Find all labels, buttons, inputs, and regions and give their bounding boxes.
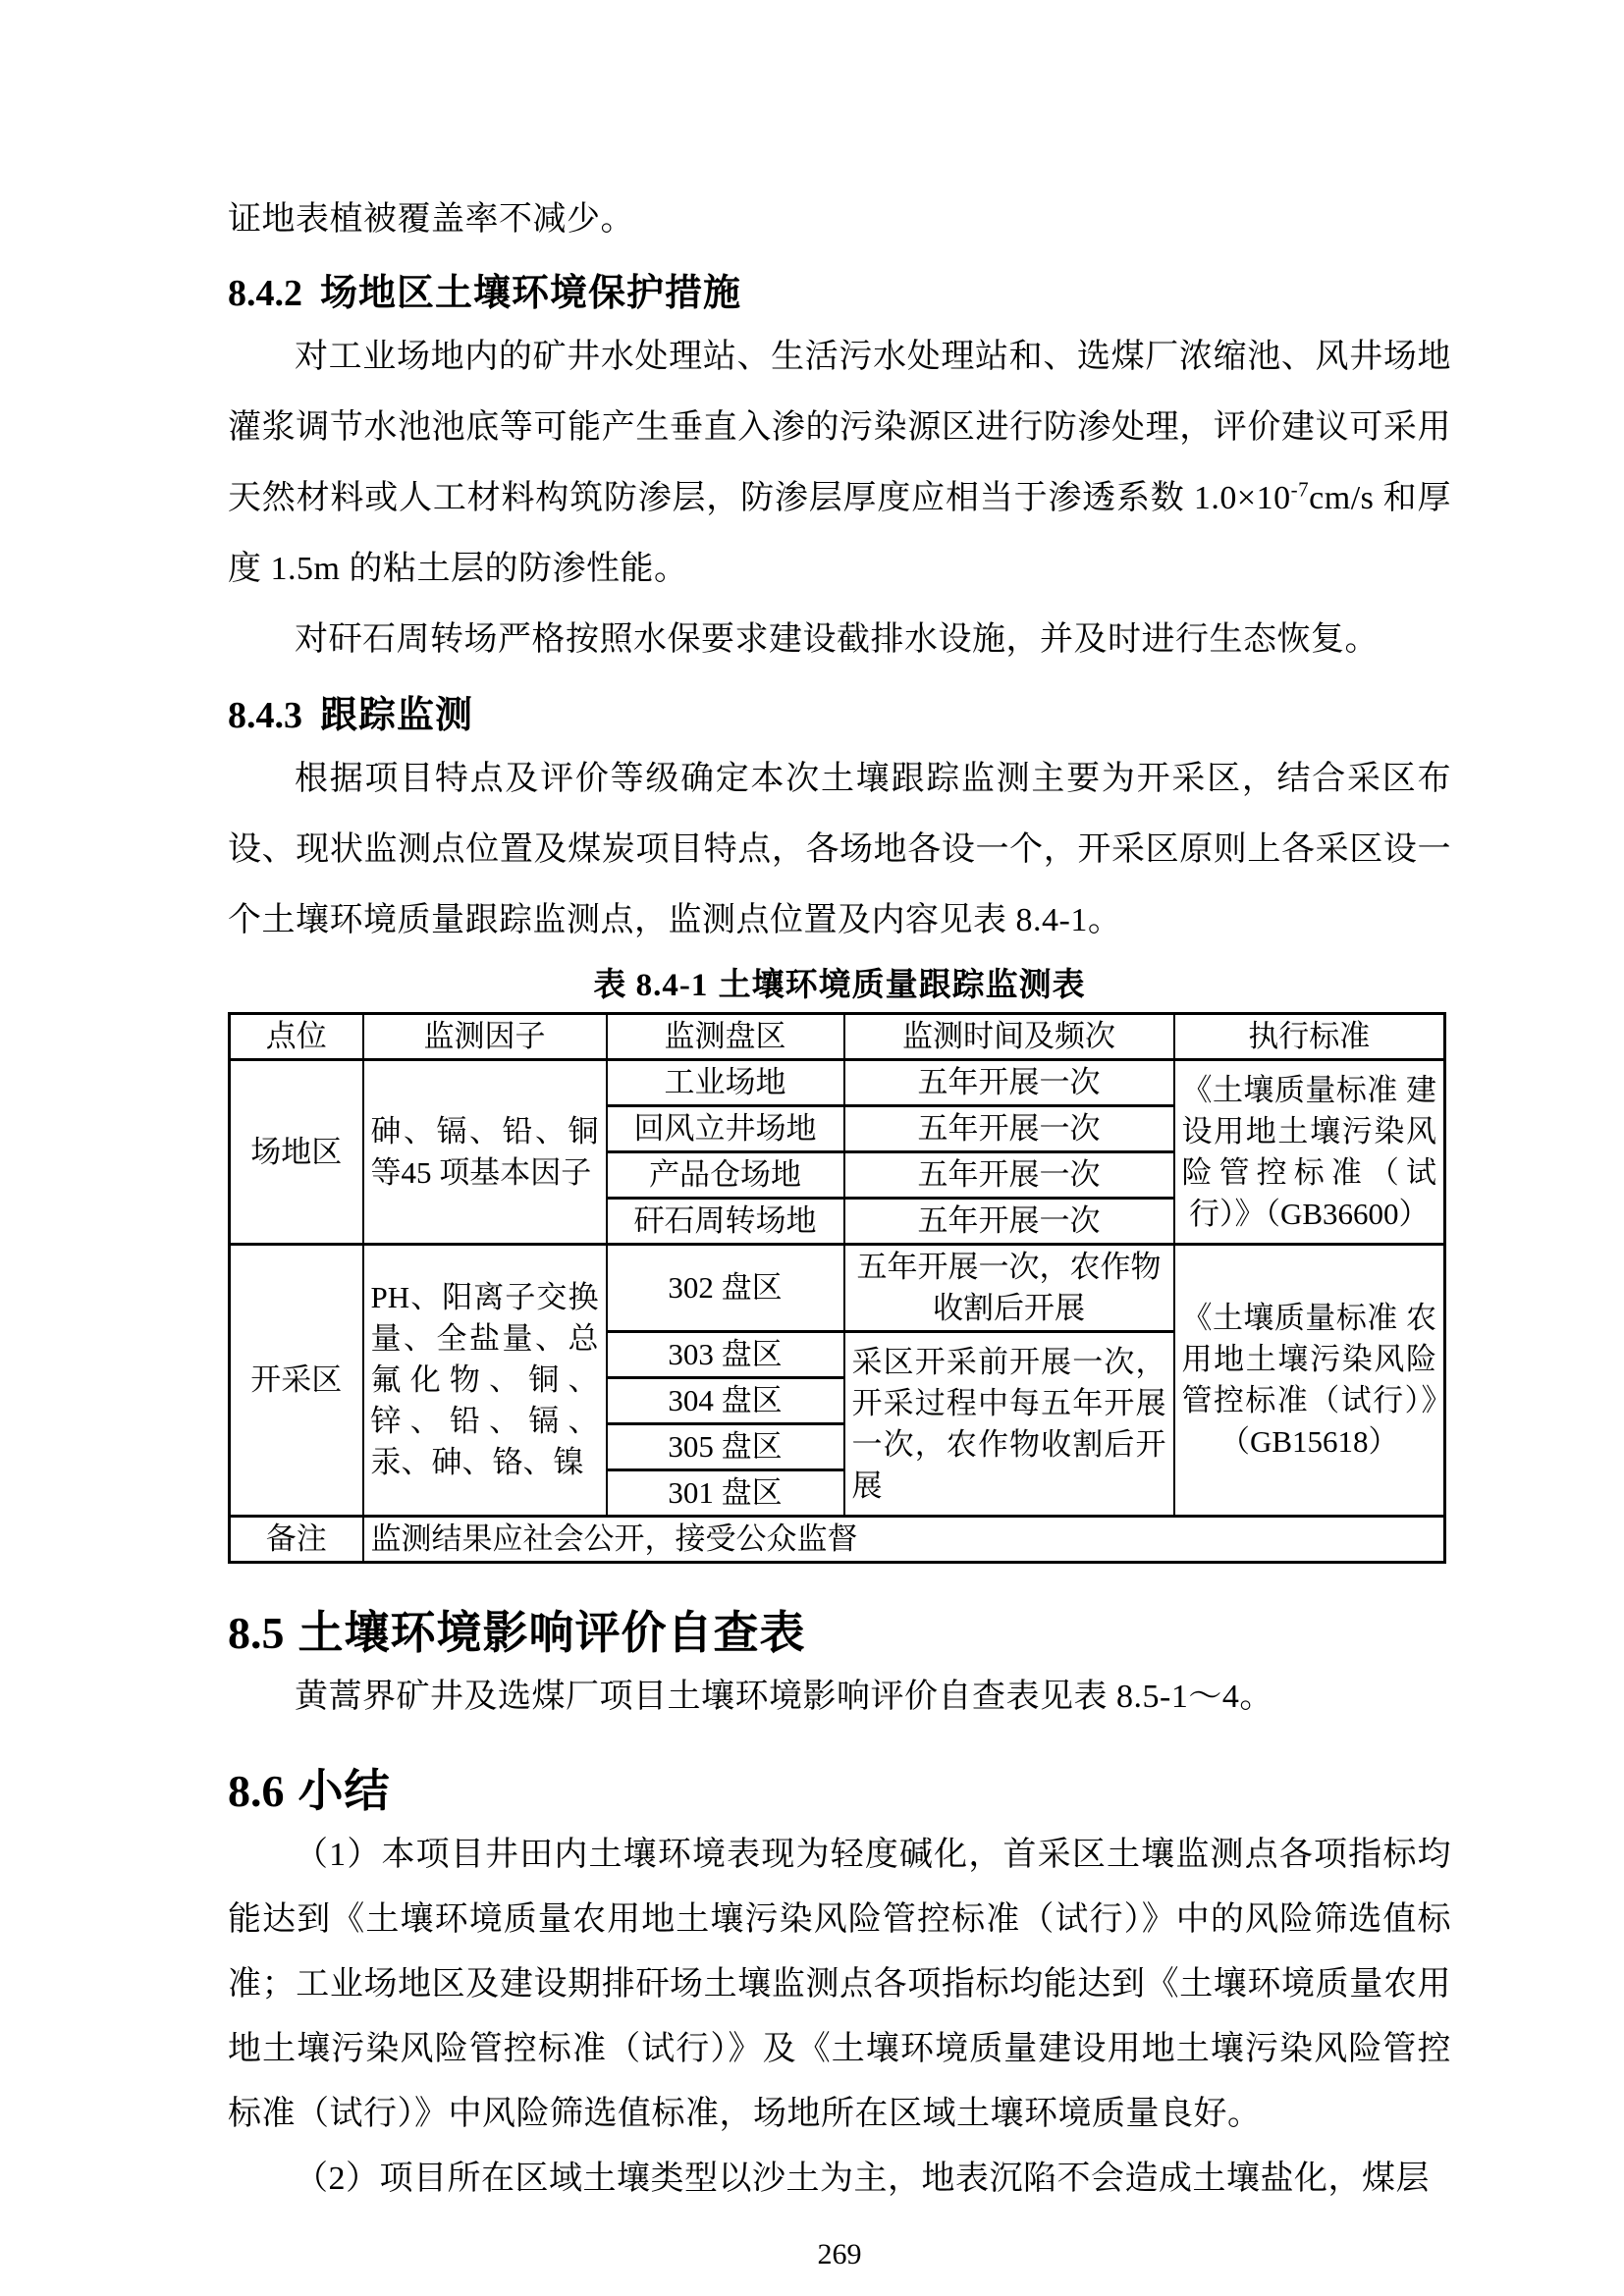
paragraph-text: 对工业场地内的矿井水处理站、生活污水处理站和、选煤厂浓缩池、风井场地灌浆调节水池… xyxy=(228,339,1451,516)
cell-area: 302 盘区 xyxy=(607,1245,844,1332)
table-header-row: 点位 监测因子 监测盘区 监测时间及频次 执行标准 xyxy=(230,1014,1445,1060)
heading-8-4-3: 8.4.3跟踪监测 xyxy=(228,687,1451,744)
intro-paragraph: 证地表植被覆盖率不减少。 xyxy=(228,185,1451,255)
page-number: 269 xyxy=(228,2233,1451,2276)
cell-area: 产品仓场地 xyxy=(607,1152,844,1199)
table-caption: 表 8.4-1 土壤环境质量跟踪监测表 xyxy=(228,962,1451,1008)
cell-area: 矸石周转场地 xyxy=(607,1199,844,1245)
cell-area: 303 盘区 xyxy=(607,1332,844,1378)
paragraph-summary-2: （2）项目所在区域土壤类型以沙土为主，地表沉陷不会造成土壤盐化，煤层 xyxy=(228,2147,1451,2212)
cell-frequency: 五年开展一次，农作物收割后开展 xyxy=(844,1245,1174,1332)
header-cell-location: 点位 xyxy=(230,1014,363,1060)
section-number: 8.4.2 xyxy=(228,273,302,314)
section-title: 土壤环境影响评价自查表 xyxy=(298,1607,806,1658)
header-cell-standard: 执行标准 xyxy=(1174,1014,1445,1060)
cell-standard-site: 《土壤质量标准 建设用地土壤污染风险管控标准（试行）》（GB36600） xyxy=(1174,1060,1445,1245)
table-caption-title: 土壤环境质量跟踪监测表 xyxy=(719,966,1086,1002)
cell-frequency: 五年开展一次 xyxy=(844,1060,1174,1106)
heading-8-5: 8.5土壤环境影响评价自查表 xyxy=(228,1601,1451,1665)
paragraph-seepage-control: 对工业场地内的矿井水处理站、生活污水处理站和、选煤厂浓缩池、风井场地灌浆调节水池… xyxy=(228,322,1451,605)
section-title: 小结 xyxy=(298,1765,391,1816)
table-caption-number: 表 8.4-1 xyxy=(593,968,708,1003)
cell-frequency: 五年开展一次 xyxy=(844,1106,1174,1152)
paragraph-tracking-monitor: 根据项目特点及评价等级确定本次土壤跟踪监测主要为开采区，结合采区布设、现状监测点… xyxy=(228,744,1451,956)
section-number: 8.5 xyxy=(228,1608,285,1658)
cell-factors-mining: PH、阳离子交换量、全盐量、总氟化物、铜、锌、铅、镉、汞、砷、铬、镍 xyxy=(363,1245,607,1517)
header-cell-factors: 监测因子 xyxy=(363,1014,607,1060)
cell-area: 305 盘区 xyxy=(607,1424,844,1470)
soil-monitoring-table: 点位 监测因子 监测盘区 监测时间及频次 执行标准 场地区 砷、镉、铅、铜等45… xyxy=(228,1012,1446,1564)
table-row: 开采区 PH、阳离子交换量、全盐量、总氟化物、铜、锌、铅、镉、汞、砷、铬、镍 3… xyxy=(230,1245,1445,1332)
cell-factors-site: 砷、镉、铅、铜等45 项基本因子 xyxy=(363,1060,607,1245)
cell-location-mining: 开采区 xyxy=(230,1245,363,1517)
cell-location-site: 场地区 xyxy=(230,1060,363,1245)
header-cell-frequency: 监测时间及频次 xyxy=(844,1014,1174,1060)
superscript-exponent: -7 xyxy=(1291,478,1310,502)
cell-note-content: 监测结果应社会公开，接受公众监督 xyxy=(363,1517,1445,1563)
heading-8-4-2: 8.4.2场地区土壤环境保护措施 xyxy=(228,265,1451,322)
section-title: 跟踪监测 xyxy=(320,695,473,736)
cell-area: 回风立井场地 xyxy=(607,1106,844,1152)
cell-frequency-merged: 采区开采前开展一次，开采过程中每五年开展一次，农作物收割后开展 xyxy=(844,1332,1174,1517)
cell-frequency: 五年开展一次 xyxy=(844,1199,1174,1245)
cell-standard-mining: 《土壤质量标准 农用地土壤污染风险管控标准（试行）》（GB15618） xyxy=(1174,1245,1445,1517)
document-page: 证地表植被覆盖率不减少。 8.4.2场地区土壤环境保护措施 对工业场地内的矿井水… xyxy=(0,0,1624,2296)
section-number: 8.4.3 xyxy=(228,695,302,736)
cell-frequency: 五年开展一次 xyxy=(844,1152,1174,1199)
cell-area: 301 盘区 xyxy=(607,1470,844,1517)
heading-8-6: 8.6小结 xyxy=(228,1759,1451,1823)
paragraph-self-check: 黄蒿界矿井及选煤厂项目土壤环境影响评价自查表见表 8.5-1～4。 xyxy=(228,1665,1451,1730)
paragraph-gangue-site: 对矸石周转场严格按照水保要求建设截排水设施，并及时进行生态恢复。 xyxy=(228,605,1451,675)
header-cell-panel: 监测盘区 xyxy=(607,1014,844,1060)
table-row: 场地区 砷、镉、铅、铜等45 项基本因子 工业场地 五年开展一次 《土壤质量标准… xyxy=(230,1060,1445,1106)
table-note-row: 备注 监测结果应社会公开，接受公众监督 xyxy=(230,1517,1445,1563)
cell-area: 工业场地 xyxy=(607,1060,844,1106)
section-title: 场地区土壤环境保护措施 xyxy=(320,273,741,314)
paragraph-summary-1: （1）本项目井田内土壤环境表现为轻度碱化，首采区土壤监测点各项指标均能达到《土壤… xyxy=(228,1823,1451,2147)
page-content: 证地表植被覆盖率不减少。 8.4.2场地区土壤环境保护措施 对工业场地内的矿井水… xyxy=(228,0,1451,2276)
section-number: 8.6 xyxy=(228,1766,285,1816)
cell-note-label: 备注 xyxy=(230,1517,363,1563)
cell-area: 304 盘区 xyxy=(607,1378,844,1424)
